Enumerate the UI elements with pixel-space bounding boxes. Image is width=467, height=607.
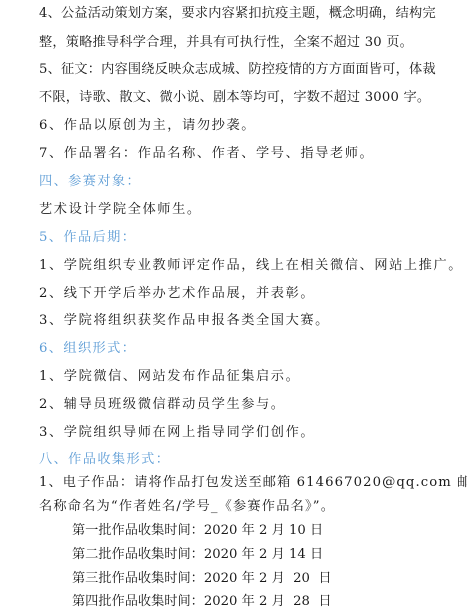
collection-date-batch-2: 第二批作品收集时间：2020 年 2 月 14 日 xyxy=(72,547,323,563)
section-heading-collection: 八、作品收集形式： xyxy=(39,452,170,468)
paragraph-line-org-3: 3、学院组织导师在网上指导同学们创作。 xyxy=(39,425,315,441)
collection-date-batch-1: 第一批作品收集时间：2020 年 2 月 10 日 xyxy=(72,523,323,539)
collection-date-batch-3: 第三批作品收集时间：2020 年 2 月 20 日 xyxy=(72,571,332,587)
paragraph-line-item5-cont: 不限，诗歌、散文、微小说、剧本等均可，字数不超过 3000 字。 xyxy=(39,90,430,106)
section-heading-participants: 四、参赛对象： xyxy=(39,174,141,190)
section-heading-post-processing: 5、作品后期： xyxy=(39,230,136,246)
paragraph-line-item7: 7、作品署名：作品名称、作者、学号、指导老师。 xyxy=(39,146,374,162)
paragraph-line-email: 1、电子作品：请将作品打包发送至邮箱 614667020@qq.com 邮件 xyxy=(39,475,467,491)
document-page: 4、公益活动策划方案，要求内容紧扣抗疫主题，概念明确，结构完 整，策略推导科学合… xyxy=(0,0,467,607)
paragraph-line-item5: 5、征文：内容围绕反映众志成城、防控疫情的方方面面皆可，体裁 xyxy=(39,62,436,78)
paragraph-line-post-1: 1、学院组织专业教师评定作品，线上在相关微信、网站上推广。 xyxy=(39,258,463,274)
paragraph-line-org-1: 1、学院微信、网站发布作品征集启示。 xyxy=(39,369,300,385)
paragraph-line-org-2: 2、辅导员班级微信群动员学生参与。 xyxy=(39,397,286,413)
paragraph-line-participants: 艺术设计学院全体师生。 xyxy=(39,202,202,218)
paragraph-line-item4: 4、公益活动策划方案，要求内容紧扣抗疫主题，概念明确，结构完 xyxy=(39,6,436,22)
paragraph-line-post-2: 2、线下开学后举办艺术作品展，并表彰。 xyxy=(39,286,315,302)
section-heading-organization: 6、组织形式： xyxy=(39,341,136,357)
paragraph-line-post-3: 3、学院将组织获奖作品申报各类全国大赛。 xyxy=(39,313,330,329)
collection-date-batch-4: 第四批作品收集时间：2020 年 2 月 28 日 xyxy=(72,594,332,607)
paragraph-line-email-naming: 名称命名为“作者姓名/学号_《参赛作品名》”。 xyxy=(39,499,335,515)
paragraph-line-item4-cont: 整，策略推导科学合理，并具有可执行性，全案不超过 30 页。 xyxy=(39,35,413,51)
paragraph-line-item6: 6、作品以原创为主，请勿抄袭。 xyxy=(39,118,256,134)
